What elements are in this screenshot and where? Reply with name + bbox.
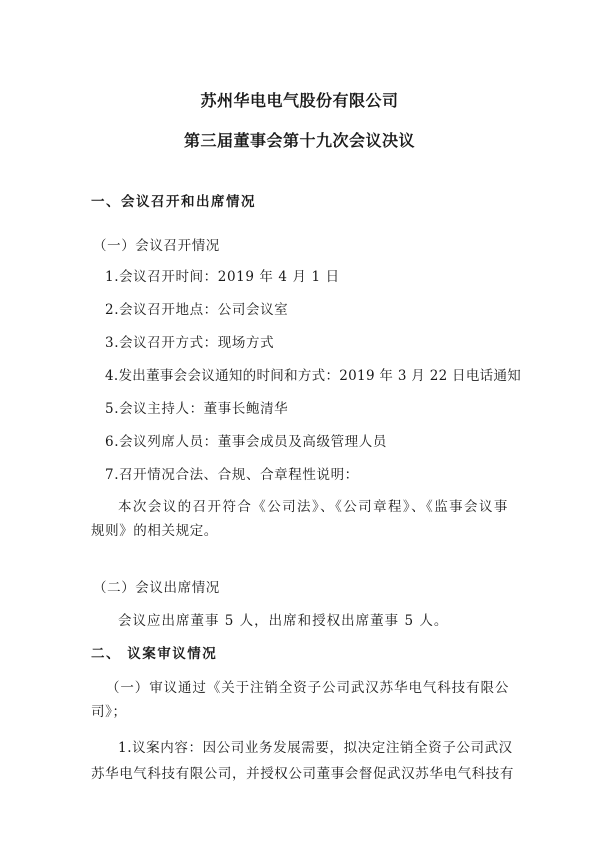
resolution-title: 第三届董事会第十九次会议决议 bbox=[0, 128, 599, 151]
section-heading-2: 二、 议案审议情况 bbox=[91, 642, 217, 662]
section-heading-1: 一、会议召开和出席情况 bbox=[91, 190, 256, 210]
compliance-text-line1: 本次会议的召开符合《公司法》、《公司章程》、《监事会议事 bbox=[118, 495, 508, 515]
subsection-heading-2: （二）会议出席情况 bbox=[93, 576, 220, 596]
company-title: 苏州华电电气股份有限公司 bbox=[0, 88, 599, 111]
motion-content-line2: 苏华电气科技有限公司，并授权公司董事会督促武汉苏华电气科技有 bbox=[91, 762, 509, 782]
list-item-5: 5.会议主持人：董事长鲍清华 bbox=[105, 397, 288, 417]
list-item-2: 2.会议召开地点：公司会议室 bbox=[105, 298, 288, 318]
motion-content-line1: 1.议案内容：因公司业务发展需要，拟决定注销全资子公司武汉 bbox=[118, 736, 509, 756]
attendance-text: 会议应出席董事 5 人，出席和授权出席董事 5 人。 bbox=[118, 609, 448, 629]
list-item-7: 7.召开情况合法、合规、合章程性说明： bbox=[105, 463, 359, 483]
motion-1-line1: （一）审议通过《关于注销全资子公司武汉苏华电气科技有限公 bbox=[106, 676, 509, 696]
list-item-1: 1.会议召开时间：2019 年 4 月 1 日 bbox=[105, 265, 340, 285]
list-item-3: 3.会议召开方式：现场方式 bbox=[105, 331, 274, 351]
compliance-text-line2: 规则》的相关规定。 bbox=[91, 519, 218, 539]
motion-1-line2: 司》； bbox=[91, 700, 127, 720]
subsection-heading-1: （一）会议召开情况 bbox=[93, 234, 220, 254]
list-item-6: 6.会议列席人员：董事会成员及高级管理人员 bbox=[105, 430, 387, 450]
list-item-4: 4.发出董事会会议通知的时间和方式：2019 年 3 月 22 日电话通知 bbox=[105, 364, 521, 384]
